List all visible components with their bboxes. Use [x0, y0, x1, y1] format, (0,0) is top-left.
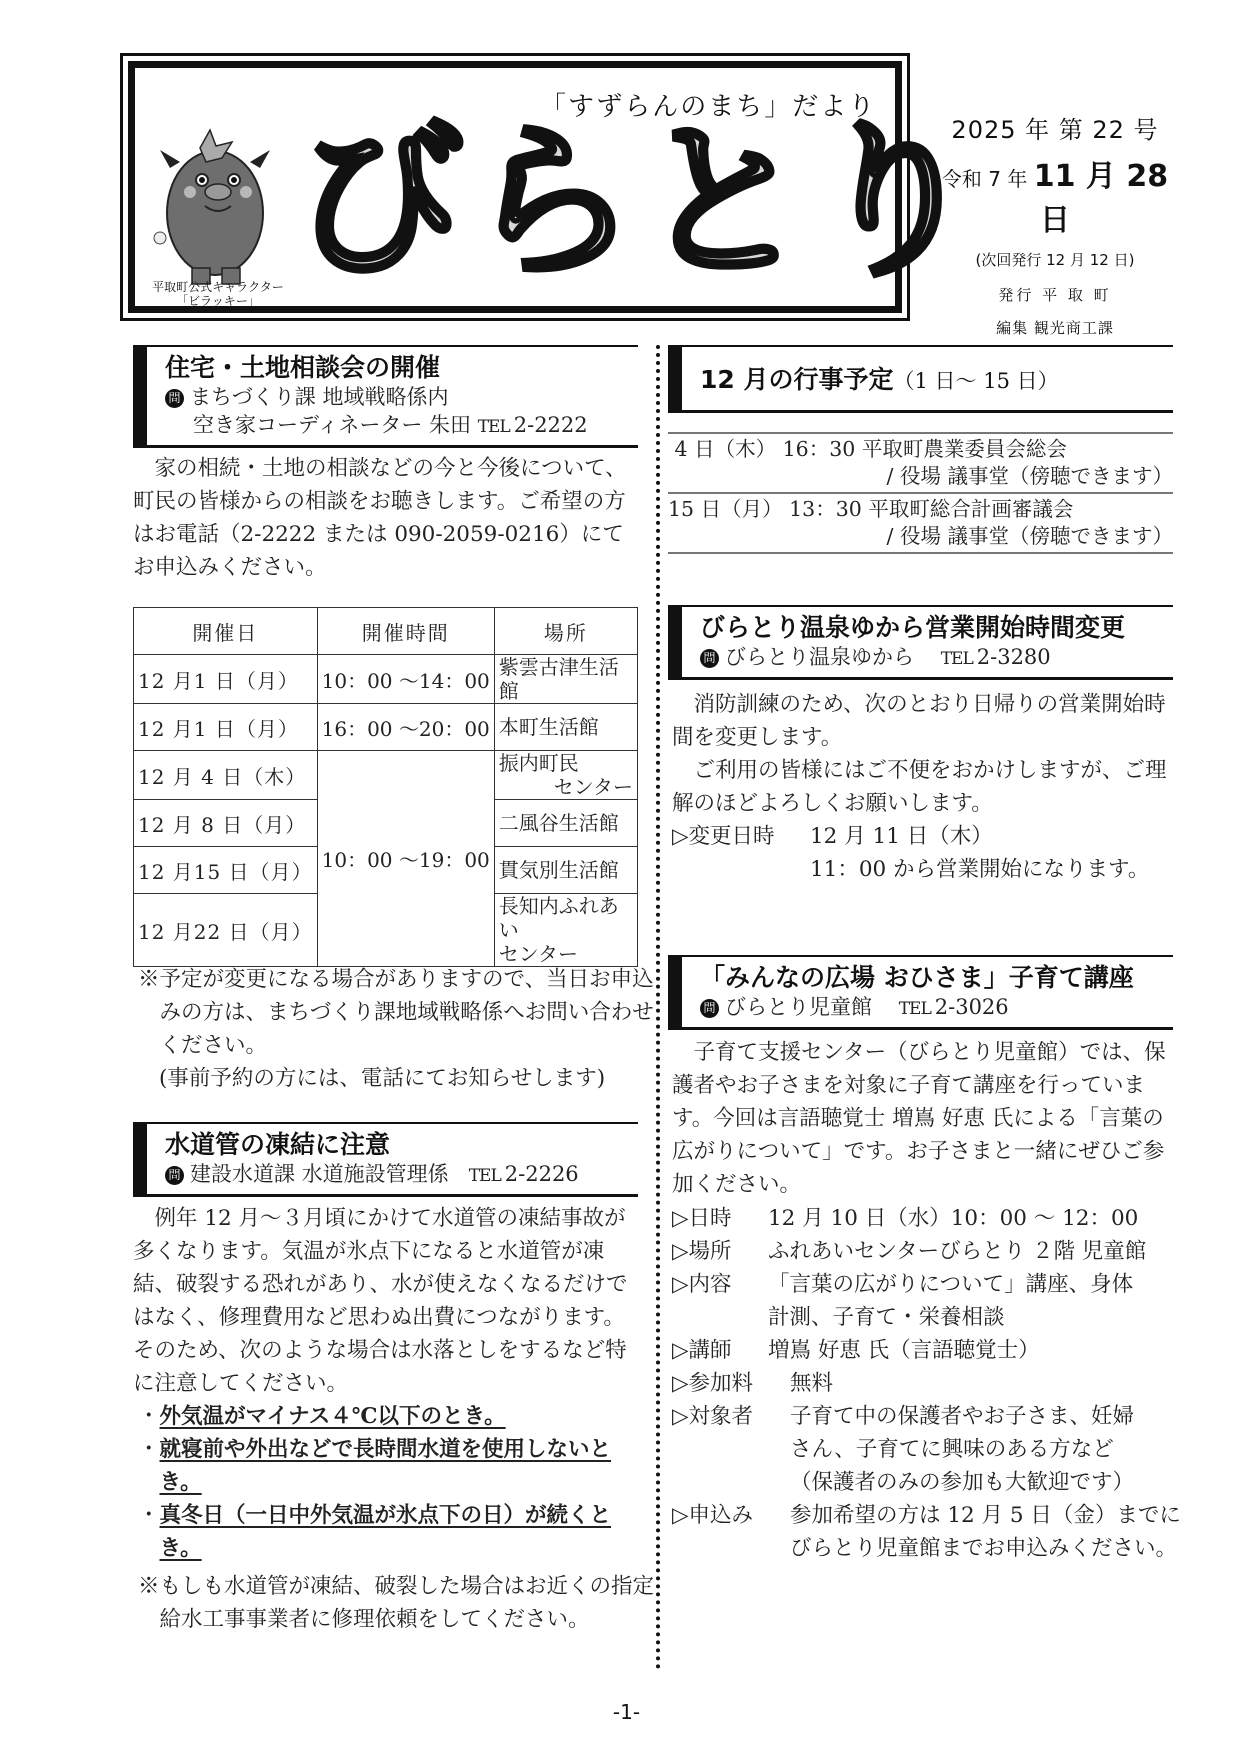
cell-date: 12 月1 日（月） — [134, 655, 318, 704]
publisher: 発行 平 取 町 — [935, 284, 1175, 305]
inquiry-icon: 問 — [165, 1166, 184, 1185]
contact-tel: 2-2222 — [514, 413, 588, 437]
section-title: 「みんなの広場 おひさま」子育て講座 — [700, 963, 1173, 993]
cell-time-merged: 10：00 ～19：00 — [317, 751, 494, 967]
contact-line-2: 空き家コーディネーター 朱田 TEL2-2222 — [165, 411, 638, 441]
section-header-kosodate: 「みんなの広場 おひさま」子育て講座 問びらとり児童館 TEL2-3026 — [668, 955, 1173, 1030]
detail-value-cont: 計測、子育て・栄養相談 — [672, 1301, 1182, 1334]
inquiry-icon: 問 — [700, 999, 719, 1018]
cell-time: 16：00 ～20：00 — [317, 704, 494, 751]
bullet-text: 就寝前や外出などで長時間水道を使用しないとき。 — [160, 1437, 612, 1495]
event-place: / 役場 議事堂（傍聴できます） — [668, 523, 1173, 550]
cell-place-line1: 振内町民 — [499, 751, 633, 775]
table-row: 12 月 4 日（木） 10：00 ～19：00 振内町民 センター — [134, 751, 638, 800]
event-time: 13：30 — [789, 497, 862, 521]
detail-item-target: ▷対象者子育て中の保護者やお子さま、妊婦 — [672, 1400, 1182, 1433]
detail-label: ▷場所 — [672, 1235, 768, 1268]
cell-place: 振内町民 センター — [494, 751, 637, 800]
cell-place: 本町生活館 — [494, 704, 637, 751]
detail-value-cont: さん、子育てに興味のある方など — [672, 1433, 1182, 1466]
page-number: -1- — [0, 1700, 1253, 1724]
detail-value-cont: びらとり児童館までお申込みください。 — [672, 1532, 1182, 1565]
water-bullets: ・外気温がマイナス４℃以下のとき。 ・就寝前や外出などで長時間水道を使用しないと… — [138, 1400, 643, 1565]
cell-date: 12 月22 日（月） — [134, 894, 318, 967]
contact-dept: びらとり児童館 — [725, 995, 872, 1019]
onsen-detail-line1: ▷変更日時12 月 11 日（木） — [672, 820, 1177, 853]
contact-dept: びらとり温泉ゆから — [725, 645, 914, 669]
issue-date-value: 11 月 28 日 — [1034, 159, 1168, 238]
housing-note-2: (事前予約の方には、電話にてお知らせします) — [159, 1062, 639, 1095]
detail-item-lecturer: ▷講師増嶌 好恵 氏（言語聴覚士） — [672, 1334, 1182, 1367]
detail-item-fee: ▷参加料無料 — [672, 1367, 1182, 1400]
detail-value: 子育て中の保護者やお子さま、妊婦 — [790, 1404, 1134, 1429]
contact-line: 問びらとり温泉ゆから TEL2-3280 — [700, 643, 1173, 673]
tel-icon: TEL — [478, 417, 510, 437]
event-time: 16：30 — [783, 437, 856, 461]
water-body: 例年 12 月～３月頃にかけて水道管の凍結事故が多くなります。気温が氷点下になる… — [133, 1202, 638, 1400]
detail-value: 無料 — [790, 1371, 833, 1396]
consultation-schedule-table: 開催日 開催時間 場所 12 月1 日（月） 10：00 ～14：00 紫雲古津… — [133, 607, 638, 967]
bullet-text: 真冬日（一日中外気温が氷点下の日）が続くとき。 — [160, 1503, 612, 1561]
section-title: 住宅・土地相談会の開催 — [165, 353, 638, 383]
issue-year-number: 2025 年 第 22 号 — [935, 110, 1175, 145]
detail-label: ▷参加料 — [672, 1367, 790, 1400]
section-header-water: 水道管の凍結に注意 問建設水道課 水道施設管理係 TEL2-2226 — [133, 1122, 638, 1197]
issue-date: 令和 7 年 11 月 28 日 — [935, 151, 1175, 239]
detail-label: ▷講師 — [672, 1334, 768, 1367]
masthead-title: びらとり — [296, 118, 984, 286]
cell-place: 二風谷生活館 — [494, 800, 637, 847]
issue-info: 2025 年 第 22 号 令和 7 年 11 月 28 日 (次回発行 12 … — [935, 110, 1175, 338]
section-header-onsen: びらとり温泉ゆから営業開始時間変更 問びらとり温泉ゆから TEL2-3280 — [668, 605, 1173, 680]
cell-place: 長知内ふれあい センター — [494, 894, 637, 967]
tel-icon: TEL — [899, 999, 931, 1019]
detail-value-cont: （保護者のみの参加も大歓迎です） — [672, 1466, 1182, 1499]
detail-item-content: ▷内容「言葉の広がりについて」講座、身体 — [672, 1268, 1182, 1301]
col-header-place: 場所 — [494, 608, 637, 655]
bullet-item: ・真冬日（一日中外気温が氷点下の日）が続くとき。 — [138, 1499, 643, 1565]
section-title: 12 月の行事予定（1 日～ 15 日） — [700, 365, 1173, 396]
onsen-detail: ▷変更日時12 月 11 日（木） 11：00 から営業開始になります。 — [672, 820, 1177, 886]
events-list: 4 日（木） 16：30 平取町農業委員会総会 / 役場 議事堂（傍聴できます）… — [668, 432, 1173, 554]
detail-item-place: ▷場所ふれあいセンターびらとり ２階 児童館 — [672, 1235, 1182, 1268]
detail-label: ▷申込み — [672, 1499, 790, 1532]
cell-time: 10：00 ～14：00 — [317, 655, 494, 704]
next-issue: (次回発行 12 月 12 日) — [935, 249, 1175, 270]
bullet-item: ・外気温がマイナス４℃以下のとき。 — [138, 1400, 643, 1433]
table-row: 12 月1 日（月） 10：00 ～14：00 紫雲古津生活館 — [134, 655, 638, 704]
event-place: / 役場 議事堂（傍聴できます） — [668, 463, 1173, 490]
event-date: 4 日（木） — [675, 437, 777, 461]
mascot-caption: 平取町公式キャラクター 「ビラッキー」 — [138, 280, 298, 308]
contact-dept: 建設水道課 水道施設管理係 — [190, 1162, 449, 1186]
detail-value: 参加希望の方は 12 月 5 日（金）までに — [790, 1503, 1181, 1528]
mascot-biraki-icon — [150, 128, 280, 288]
event-main: 15 日（月） 13：30 平取町総合計画審議会 — [668, 496, 1173, 523]
bullet-item: ・就寝前や外出などで長時間水道を使用しないとき。 — [138, 1433, 643, 1499]
contact-tel: 2-3026 — [935, 995, 1009, 1019]
water-note: ※もしも水道管が凍結、破裂した場合はお近くの指定給水工事事業者に修理依頼をしてく… — [138, 1570, 660, 1636]
event-date: 15 日（月） — [668, 497, 783, 521]
cell-place: 貫気別生活館 — [494, 847, 637, 894]
detail-label: ▷内容 — [672, 1268, 768, 1301]
table-row: 12 月1 日（月） 16：00 ～20：00 本町生活館 — [134, 704, 638, 751]
cell-date: 12 月 4 日（木） — [134, 751, 318, 800]
bullet-text: 外気温がマイナス４℃以下のとき。 — [160, 1404, 506, 1429]
cell-place-line2: センター — [499, 775, 633, 799]
section-header-housing: 住宅・土地相談会の開催 問まちづくり課 地域戦略係内 空き家コーディネーター 朱… — [133, 345, 638, 448]
detail-value: 増嶌 好恵 氏（言語聴覚士） — [768, 1338, 1040, 1363]
section-header-events: 12 月の行事予定（1 日～ 15 日） — [668, 345, 1173, 413]
section-title: びらとり温泉ゆから営業開始時間変更 — [700, 613, 1173, 643]
onsen-body-2: ご利用の皆様にはご不便をおかけしますが、ご理解のほどよろしくお願いします。 — [672, 754, 1172, 820]
detail-value: 「言葉の広がりについて」講座、身体 — [768, 1272, 1133, 1297]
detail-item-apply: ▷申込み参加希望の方は 12 月 5 日（金）までに — [672, 1499, 1182, 1532]
contact-line: 問びらとり児童館 TEL2-3026 — [700, 993, 1173, 1023]
editor: 編集 観光商工課 — [935, 317, 1175, 338]
kosodate-body: 子育て支援センター（びらとり児童館）では、保護者やお子さまを対象に子育て講座を行… — [672, 1036, 1172, 1201]
detail-item-datetime: ▷日時12 月 10 日（水）10：00 ～ 12：00 — [672, 1202, 1182, 1235]
cell-date: 12 月1 日（月） — [134, 704, 318, 751]
contact-line: 問建設水道課 水道施設管理係 TEL2-2226 — [165, 1160, 638, 1190]
issue-era: 令和 7 年 — [942, 167, 1027, 191]
event-main: 4 日（木） 16：30 平取町農業委員会総会 — [668, 436, 1173, 463]
cell-date: 12 月 8 日（月） — [134, 800, 318, 847]
event-name: 平取町総合計画審議会 — [868, 497, 1073, 521]
contact-line: 問まちづくり課 地域戦略係内 — [165, 383, 638, 411]
mascot-caption-line2: 「ビラッキー」 — [138, 294, 298, 308]
detail-value: ふれあいセンターびらとり ２階 児童館 — [768, 1239, 1146, 1264]
housing-note: ※予定が変更になる場合がありますので、当日お申込みの方は、まちづくり課地域戦略係… — [138, 963, 660, 1062]
cell-place-line1: 長知内ふれあい — [499, 894, 633, 942]
tel-icon: TEL — [469, 1166, 501, 1186]
contact-tel: 2-2226 — [505, 1162, 579, 1186]
mascot-caption-line1: 平取町公式キャラクター — [138, 280, 298, 294]
housing-body: 家の相続・土地の相談などの今と今後について、町民の皆様からの相談をお聴きします。… — [133, 452, 638, 584]
event-name: 平取町農業委員会総会 — [862, 437, 1067, 461]
events-title: 12 月の行事予定 — [700, 365, 894, 394]
cell-place: 紫雲古津生活館 — [494, 655, 637, 704]
onsen-detail-line2: 11：00 から営業開始になります。 — [672, 853, 1177, 886]
detail-value: 12 月 10 日（水）10：00 ～ 12：00 — [768, 1206, 1138, 1231]
detail-label: ▷日時 — [672, 1202, 768, 1235]
table-header-row: 開催日 開催時間 場所 — [134, 608, 638, 655]
contact-person: 空き家コーディネーター 朱田 — [193, 413, 471, 437]
contact-dept: まちづくり課 地域戦略係内 — [190, 385, 448, 409]
onsen-body-1: 消防訓練のため、次のとおり日帰りの営業開始時間を変更します。 — [672, 688, 1172, 754]
inquiry-icon: 問 — [700, 649, 719, 668]
detail-label: ▷対象者 — [672, 1400, 790, 1433]
tel-icon: TEL — [941, 649, 973, 669]
contact-tel: 2-3280 — [977, 645, 1051, 669]
detail-value: 12 月 11 日（木） — [810, 824, 993, 849]
event-item: 4 日（木） 16：30 平取町農業委員会総会 / 役場 議事堂（傍聴できます） — [668, 432, 1173, 492]
detail-label: ▷変更日時 — [672, 820, 810, 853]
cell-date: 12 月15 日（月） — [134, 847, 318, 894]
kosodate-details: ▷日時12 月 10 日（水）10：00 ～ 12：00 ▷場所ふれあいセンター… — [672, 1202, 1182, 1565]
col-header-date: 開催日 — [134, 608, 318, 655]
section-title: 水道管の凍結に注意 — [165, 1130, 638, 1160]
col-header-time: 開催時間 — [317, 608, 494, 655]
event-item: 15 日（月） 13：30 平取町総合計画審議会 / 役場 議事堂（傍聴できます… — [668, 492, 1173, 554]
events-range: （1 日～ 15 日） — [894, 369, 1059, 393]
inquiry-icon: 問 — [165, 389, 184, 408]
